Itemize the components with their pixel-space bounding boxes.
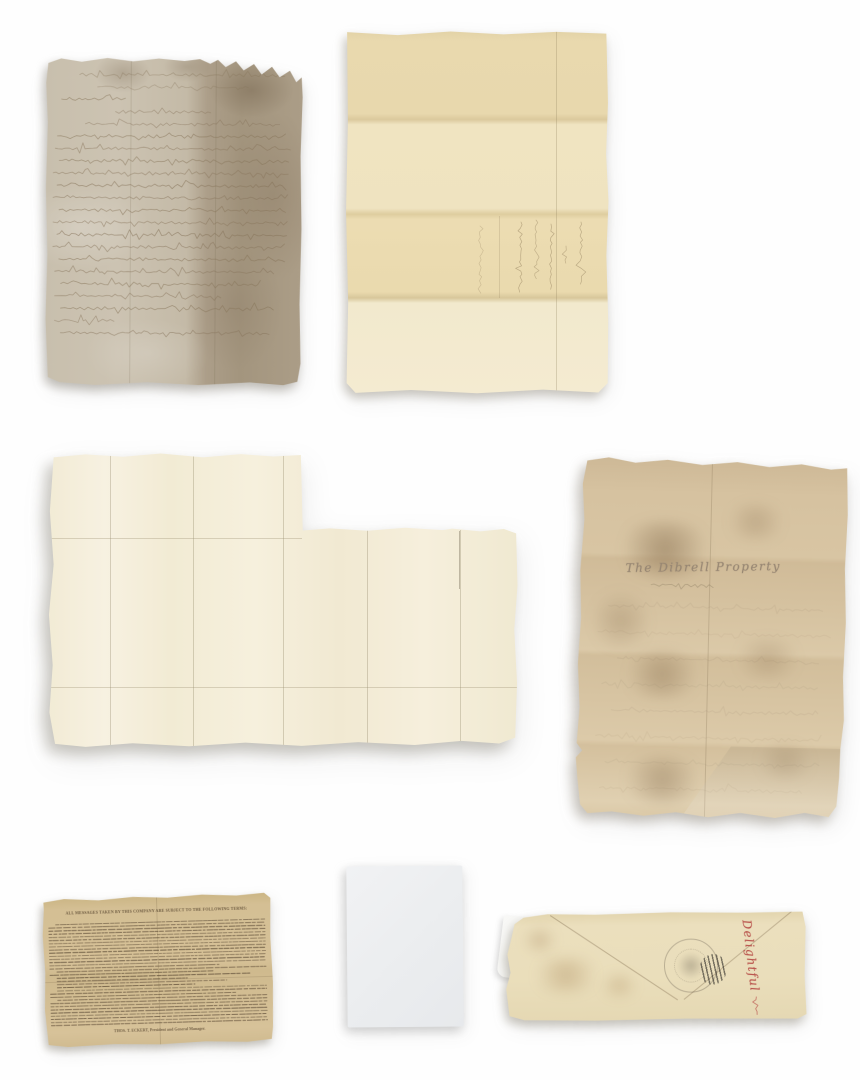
fold-crease: [556, 30, 557, 394]
printed-terms-paper: ALL MESSAGES TAKEN BY THIS COMPANY ARE S…: [41, 892, 275, 1048]
blank-card-paper: [346, 865, 463, 1027]
pencil-underline: [649, 581, 713, 590]
folded-document-paper: [345, 30, 609, 394]
envelope: Delightful: [505, 910, 806, 1021]
fold-crease: [48, 687, 518, 688]
fold-crease: [283, 452, 284, 748]
printed-terms-document: ALL MESSAGES TAKEN BY THIS COMPANY ARE S…: [41, 892, 275, 1048]
fold-crease: [193, 452, 194, 748]
stain-blot: [526, 958, 606, 993]
stain-blot: [750, 744, 821, 780]
stain-blot: [520, 929, 560, 951]
stained-document-paper: The Dibrell Property: [574, 455, 850, 821]
fold-crease: [48, 538, 302, 539]
blank-card: [346, 865, 463, 1027]
fold-crease: [499, 216, 500, 298]
fold-crease: [704, 458, 713, 818]
handwriting-lines: [44, 56, 303, 386]
stain-blot: [593, 585, 650, 656]
fold-crease: [460, 530, 461, 748]
fold-crease: [367, 530, 368, 748]
blank-folded-sheet-paper: [48, 452, 518, 748]
blank-folded-sheet: [48, 452, 518, 748]
fold-crease: [129, 57, 132, 386]
photo-canvas: The Dibrell Property ALL MESSAGES TAKEN …: [0, 0, 860, 1080]
paper-staining: [44, 56, 303, 386]
folded-document: [345, 30, 609, 394]
handwritten-letter: [44, 56, 303, 386]
red-ink-docket: Delightful: [740, 919, 762, 993]
stain-blot: [720, 503, 791, 541]
pencil-docket-title: The Dibrell Property: [626, 559, 796, 575]
fold-crease: [214, 57, 217, 386]
red-ink-flourish: [750, 995, 764, 1015]
docket-inscription: [515, 216, 587, 300]
fold-crease: [156, 895, 161, 1045]
envelope-paper: Delightful: [505, 910, 806, 1021]
stain-blot: [614, 756, 710, 804]
fold-crease: [110, 452, 111, 748]
stain-blot: [727, 638, 808, 680]
stained-document: The Dibrell Property: [574, 455, 850, 821]
filing-note: [473, 220, 489, 300]
handwritten-letter-paper: [44, 56, 303, 386]
stain-blot: [596, 974, 642, 996]
stain-blot: [617, 651, 708, 699]
